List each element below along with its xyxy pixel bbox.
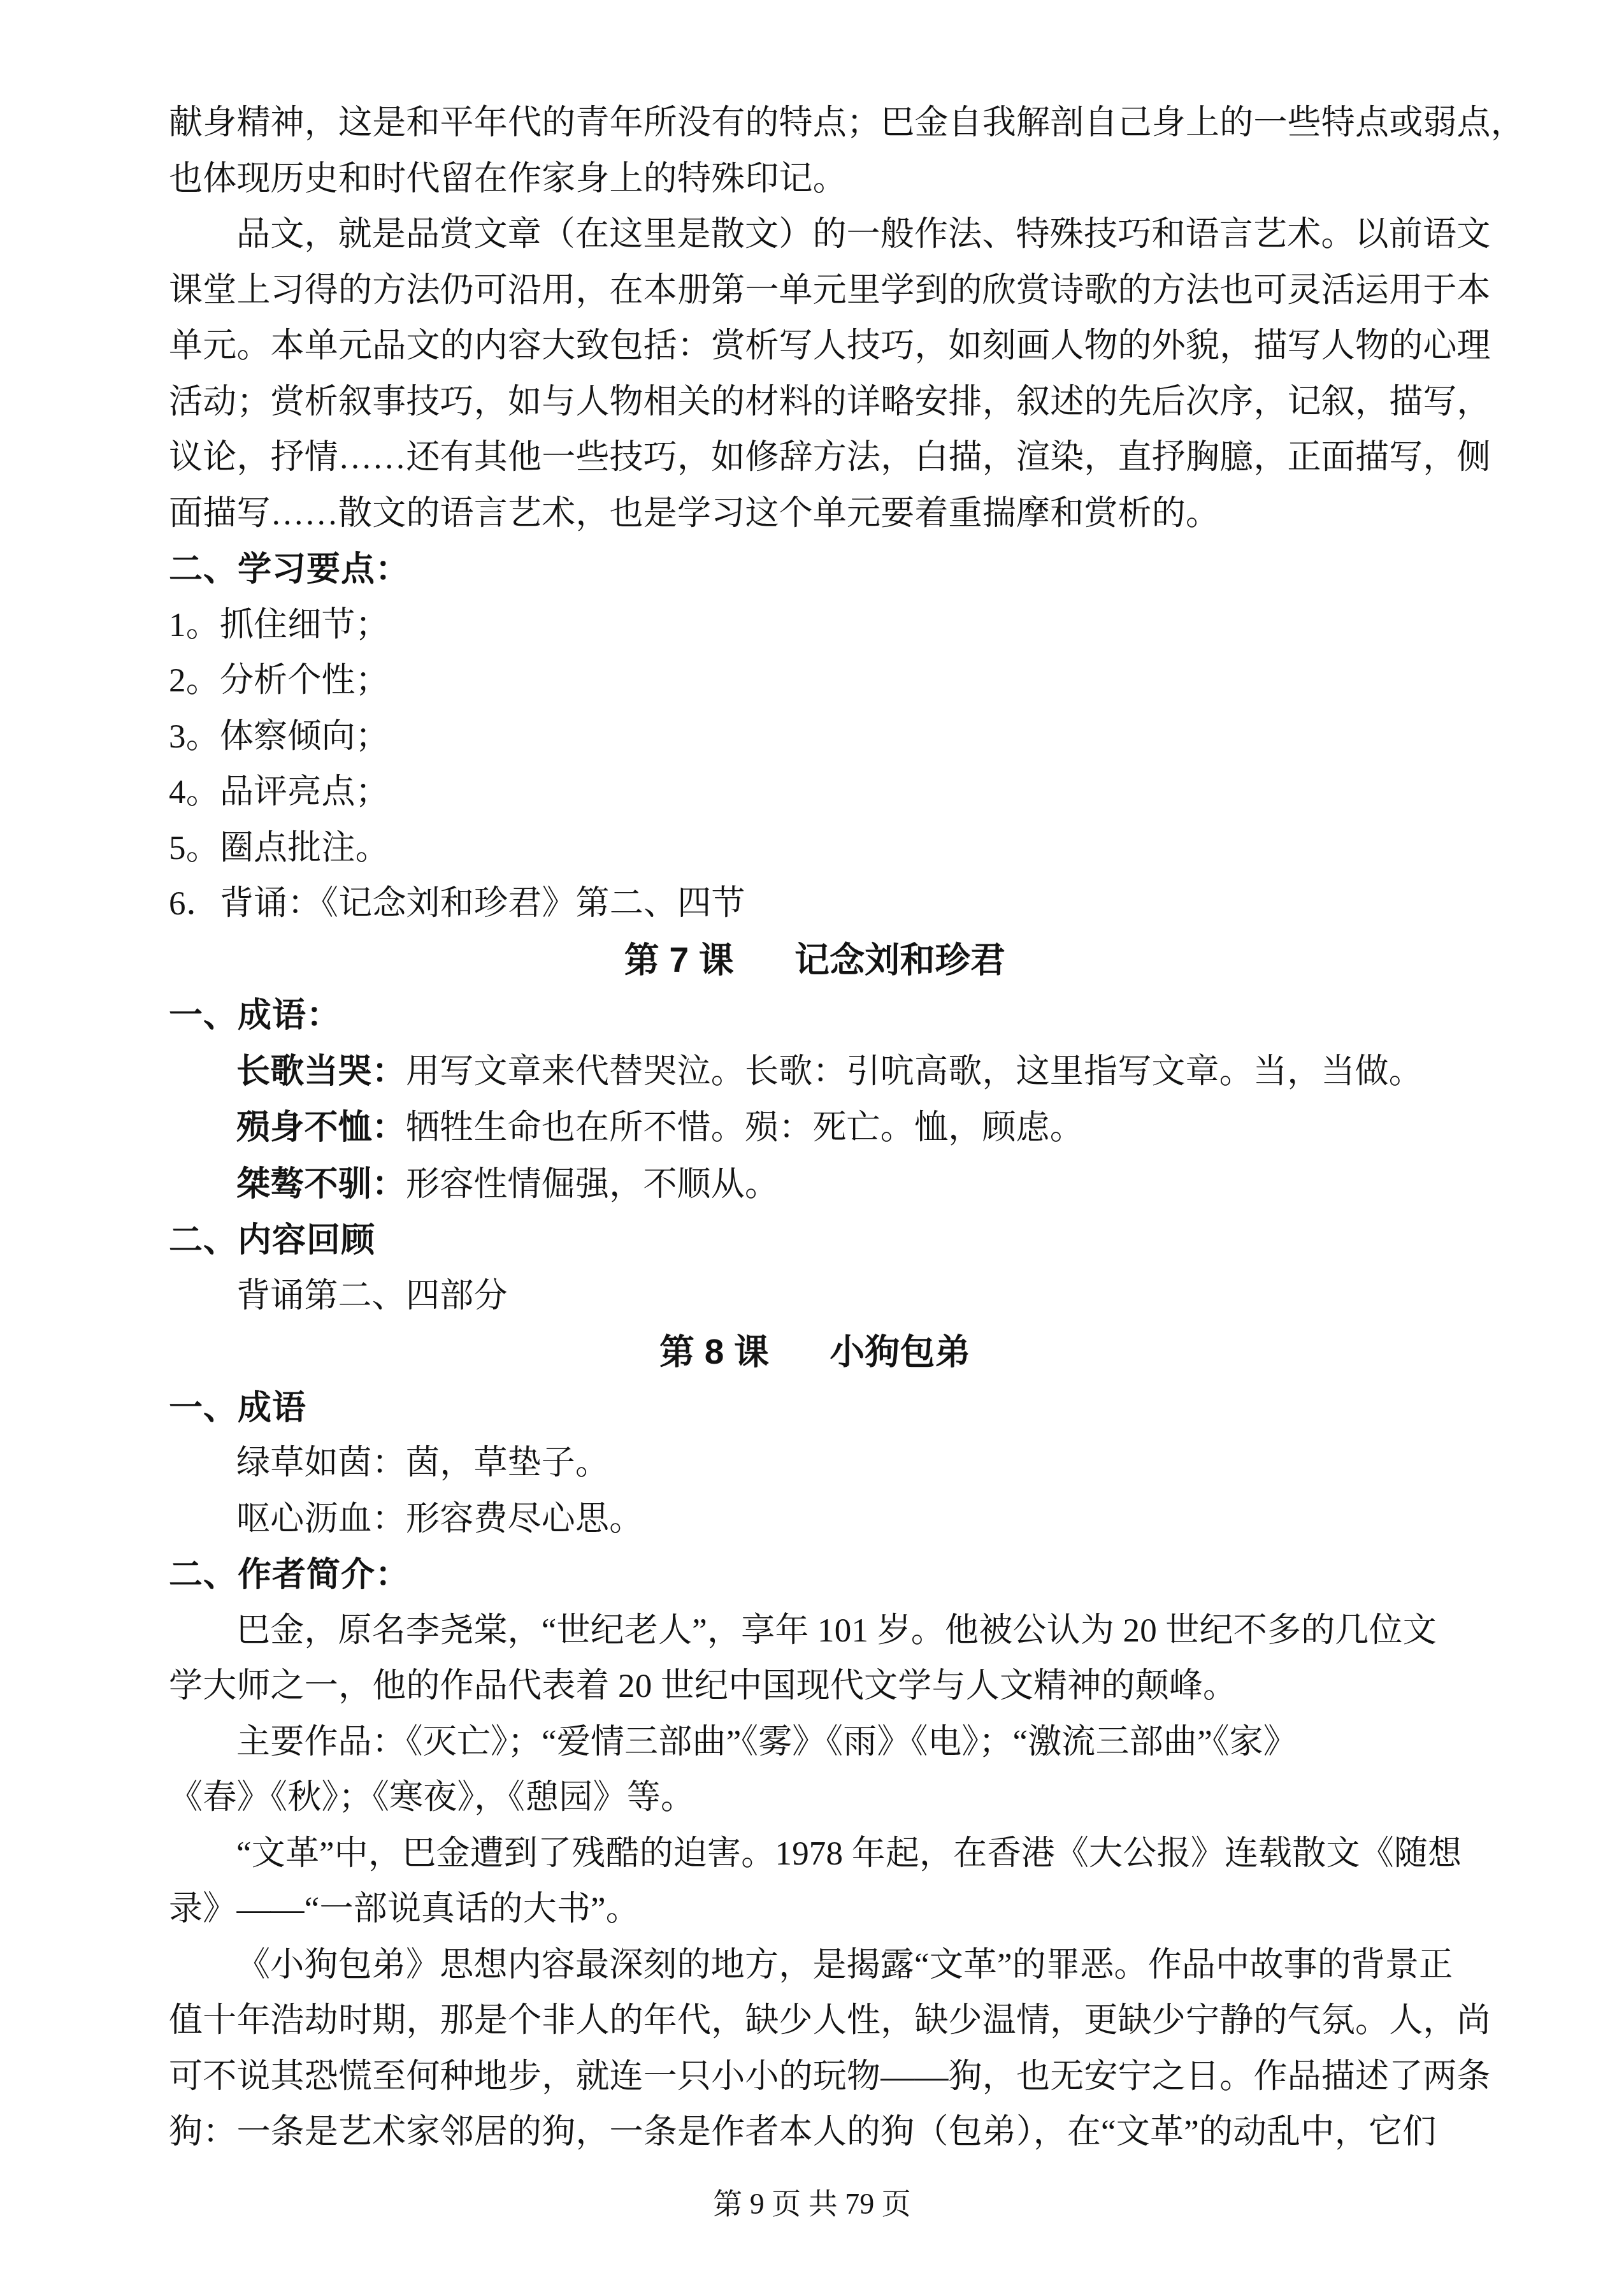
idiom-line: 桀骜不驯：形容性情倔强，不顺从。 (169, 1157, 1461, 1213)
paragraph-line: 狗：一条是艺术家邻居的狗，一条是作者本人的狗（包弟），在“文革”的动乱中，它们 (169, 2105, 1461, 2161)
list-item: 5。圈点批注。 (169, 821, 1461, 877)
paragraph-line: 学大师之一，他的作品代表着 20 世纪中国现代文学与人文精神的颠峰。 (169, 1659, 1461, 1715)
document-page: 献身精神，这是和平年代的青年所没有的特点；巴金自我解剖自己身上的一些特点或弱点，… (0, 0, 1624, 2294)
idiom-line: 长歌当哭：用写文章来代替哭泣。长歌：引吭高歌，这里指写文章。当，当做。 (169, 1044, 1461, 1100)
paragraph-line: “文革”中，巴金遭到了残酷的迫害。1978 年起，在香港《大公报》连载散文《随想 (169, 1826, 1461, 1882)
idiom-definition: 用写文章来代替哭泣。长歌：引吭高歌，这里指写文章。当，当做。 (406, 1053, 1423, 1090)
section-heading-study-points: 二、学习要点： (169, 542, 1461, 598)
lesson-title: 小狗包弟 (830, 1332, 970, 1371)
list-item: 3。体察倾向； (169, 709, 1461, 765)
paragraph-line: 品文，就是品赏文章（在这里是散文）的一般作法、特殊技巧和语言艺术。以前语文 (169, 207, 1461, 263)
paragraph-line: 面描写……散文的语言艺术，也是学习这个单元要着重揣摩和赏析的。 (169, 486, 1461, 542)
section-heading-idioms: 一、成语： (169, 988, 1461, 1044)
paragraph-line: 值十年浩劫时期，那是个非人的年代，缺少人性，缺少温情，更缺少宁静的气氛。人，尚 (169, 1993, 1461, 2049)
paragraph-line: 单元。本单元品文的内容大致包括：赏析写人技巧，如刻画人物的外貌，描写人物的心理 (169, 319, 1461, 375)
idiom-line: 殒身不恤：牺牲生命也在所不惜。殒：死亡。恤，顾虑。 (169, 1100, 1461, 1157)
paragraph-line: 《小狗包弟》思想内容最深刻的地方，是揭露“文革”的罪恶。作品中故事的背景正 (169, 1938, 1461, 1994)
paragraph-line: 活动；赏析叙事技巧，如与人物相关的材料的详略安排，叙述的先后次序，记叙，描写， (169, 375, 1461, 431)
idiom-term: 殒身不恤： (236, 1109, 406, 1146)
lesson-heading-7: 第 7 课记念刘和珍君 (169, 932, 1461, 988)
paragraph-line: 可不说其恐慌至何种地步，就连一只小小的玩物——狗，也无安宁之日。作品描述了两条 (169, 2049, 1461, 2105)
paragraph-line: 献身精神，这是和平年代的青年所没有的特点；巴金自我解剖自己身上的一些特点或弱点， (169, 96, 1461, 152)
lesson-number: 第 8 课 (659, 1332, 769, 1371)
list-item: 6．背诵：《记念刘和珍君》第二、四节 (169, 876, 1461, 932)
lesson-title: 记念刘和珍君 (794, 940, 1005, 979)
idiom-definition: 形容性情倔强，不顺从。 (406, 1166, 779, 1203)
paragraph-line: 巴金，原名李尧棠，“世纪老人”，享年 101 岁。他被公认为 20 世纪不多的几… (169, 1603, 1461, 1659)
idiom-term: 桀骜不驯： (236, 1165, 406, 1203)
section-heading-author-intro: 二、作者简介： (169, 1547, 1461, 1603)
idiom-definition: 牺牲生命也在所不惜。殒：死亡。恤，顾虑。 (406, 1109, 1084, 1146)
document-body: 献身精神，这是和平年代的青年所没有的特点；巴金自我解剖自己身上的一些特点或弱点，… (169, 96, 1461, 2161)
paragraph-line: 课堂上习得的方法仍可沿用，在本册第一单元里学到的欣赏诗歌的方法也可灵活运用于本 (169, 263, 1461, 319)
list-item: 4。品评亮点； (169, 765, 1461, 821)
lesson-heading-8: 第 8 课小狗包弟 (169, 1324, 1461, 1380)
list-item: 1。抓住细节； (169, 598, 1461, 654)
list-item: 2。分析个性； (169, 653, 1461, 709)
paragraph-line: 议论，抒情……还有其他一些技巧，如修辞方法，白描，渲染，直抒胸臆，正面描写，侧 (169, 430, 1461, 486)
section-heading-content-review: 二、内容回顾 (169, 1213, 1461, 1269)
paragraph-line: 主要作品：《灭亡》；“爱情三部曲”《雾》《雨》《电》；“激流三部曲”《家》 (169, 1715, 1461, 1771)
idiom-line: 绿草如茵：茵，草垫子。 (169, 1436, 1461, 1492)
idiom-line: 呕心沥血：形容费尽心思。 (169, 1492, 1461, 1548)
lesson-number: 第 7 课 (624, 940, 734, 979)
paragraph-line: 《春》《秋》；《寒夜》，《憩园》等。 (169, 1770, 1461, 1826)
section-heading-idioms: 一、成语 (169, 1380, 1461, 1436)
paragraph-line: 录》——“一部说真话的大书”。 (169, 1882, 1461, 1938)
idiom-term: 长歌当哭： (236, 1053, 406, 1090)
page-number: 第 9 页 共 79 页 (0, 2181, 1624, 2223)
paragraph-line: 背诵第二、四部分 (169, 1269, 1461, 1325)
paragraph-line: 也体现历史和时代留在作家身上的特殊印记。 (169, 152, 1461, 208)
